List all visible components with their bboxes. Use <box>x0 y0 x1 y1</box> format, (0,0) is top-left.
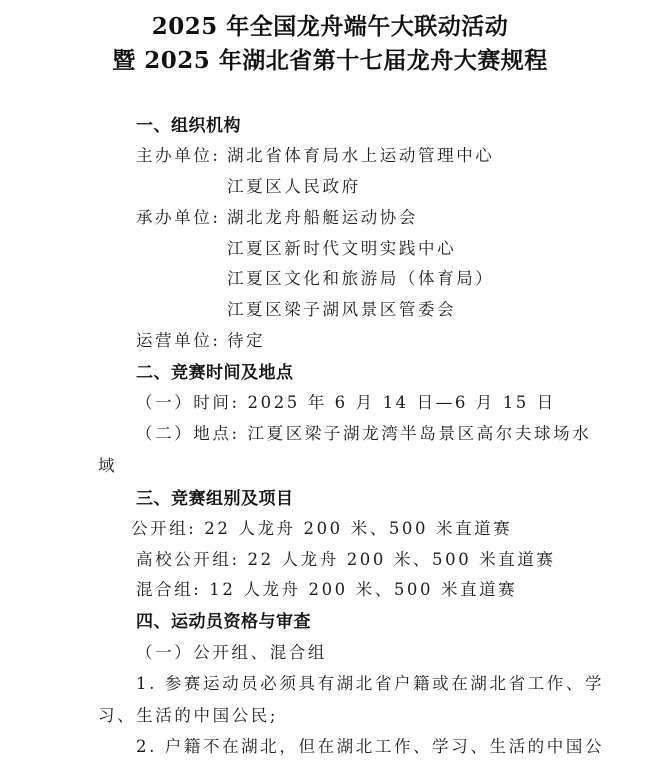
group-item: 混合组: 12 人龙舟 200 米、500 米直道赛 <box>136 576 517 600</box>
host-unit: 江夏区人民政府 <box>227 173 361 197</box>
host-unit: 湖北省体育局水上运动管理中心 <box>227 142 494 166</box>
document-title-line-2: 暨 2025 年湖北省第十七届龙舟大赛规程 <box>0 42 660 75</box>
eligibility-subheading: （一）公开组、混合组 <box>136 639 327 663</box>
organizer-label: 承办单位: <box>136 204 221 228</box>
eligibility-item-1: 1. 参赛运动员必须具有湖北省户籍或在湖北省工作、学 <box>136 670 604 694</box>
organizer-unit: 江夏区新时代文明实践中心 <box>227 235 456 259</box>
section-heading-organization: 一、组织机构 <box>136 111 241 136</box>
section-heading-eligibility: 四、运动员资格与审查 <box>136 607 311 632</box>
organizer-unit: 江夏区文化和旅游局（体育局） <box>227 265 494 289</box>
operator-label: 运营单位: <box>136 327 221 351</box>
competition-time: （一）时间: 2025 年 6 月 14 日—6 月 15 日 <box>136 389 556 413</box>
host-label: 主办单位: <box>136 142 221 166</box>
eligibility-item-2: 2. 户籍不在湖北，但在湖北工作、学习、生活的中国公 <box>136 733 604 757</box>
organizer-unit: 江夏区梁子湖风景区管委会 <box>227 296 456 320</box>
competition-place-continued: 域 <box>98 452 117 476</box>
eligibility-item-1-continued: 习、生活的中国公民; <box>98 702 278 726</box>
competition-place: （二）地点: 江夏区梁子湖龙湾半岛景区高尔夫球场水 <box>136 420 591 444</box>
operator-value: 待定 <box>227 327 265 351</box>
group-item: 公开组: 22 人龙舟 200 米、500 米直道赛 <box>131 515 512 539</box>
document-title-line-1: 2025 年全国龙舟端午大联动活动 <box>0 8 660 41</box>
section-heading-time-place: 二、竞赛时间及地点 <box>136 358 294 383</box>
group-item: 高校公开组: 22 人龙舟 200 米、500 米直道赛 <box>136 546 556 570</box>
section-heading-groups: 三、竞赛组别及项目 <box>136 484 294 509</box>
organizer-unit: 湖北龙舟船艇运动协会 <box>227 204 418 228</box>
